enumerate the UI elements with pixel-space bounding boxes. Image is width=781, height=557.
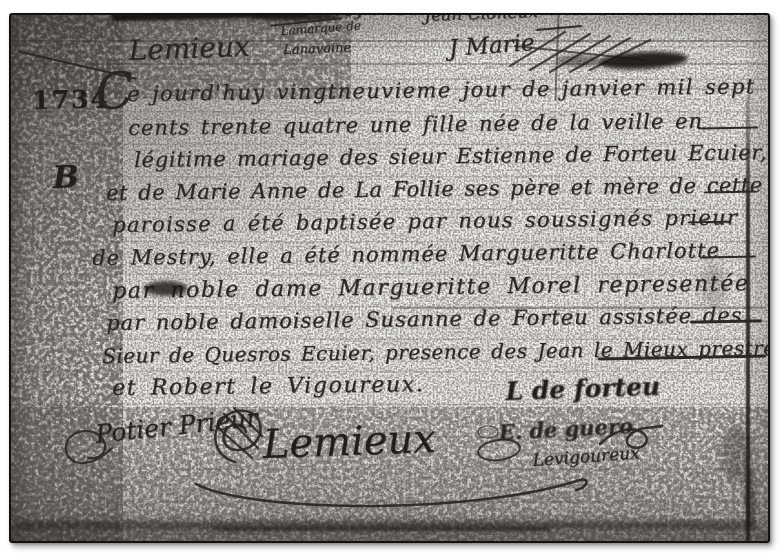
manuscript-scan: 1734 B uerey Lemieux Lamarque de Lanavai… xyxy=(9,13,770,543)
shell-paraph-flourish xyxy=(202,396,268,468)
marque-note-line1: Lamarque de xyxy=(280,18,361,38)
record-line: par noble damoiselle Susanne de Forteu a… xyxy=(106,303,743,335)
marque-note-line2: Lanavaine xyxy=(283,41,351,58)
record-line: par noble dame Margueritte Morel represe… xyxy=(112,271,750,304)
record-line: e jourd'huy vingtneuvieme jour de janvie… xyxy=(127,74,756,106)
signature-underline-swoosh xyxy=(188,468,598,520)
ink-blot-correction xyxy=(144,281,188,296)
signature-vigoureux: Levigoureux xyxy=(532,444,640,471)
scan-shadow-band xyxy=(215,527,550,531)
surname-annotation: Lemieux xyxy=(128,30,250,67)
record-line: paroisse a été baptisée par nous soussig… xyxy=(112,205,738,237)
record-line: de Mestry, elle a été nommée Margueritte… xyxy=(92,238,720,270)
ink-smear xyxy=(556,55,600,66)
signature-lemieux-large: Lemieux xyxy=(262,416,436,468)
record-line: et de Marie Anne de La Follie ses père e… xyxy=(106,173,763,205)
ink-smudge xyxy=(744,468,756,528)
record-line: et Robert le Vigoureux. xyxy=(112,372,424,401)
signature-oval-flourish xyxy=(476,438,524,464)
scan-content: 1734 B uerey Lemieux Lamarque de Lanavai… xyxy=(9,13,770,543)
record-line: Sieur de Quesros Ecuier, presence des Je… xyxy=(102,336,770,368)
record-line: cents trente quatre une fille née de la … xyxy=(128,109,703,140)
signature-forteu: L de forteu xyxy=(505,372,661,406)
scanned-register-page: 1734 B uerey Lemieux Lamarque de Lanavai… xyxy=(0,0,781,557)
line-filler-dash xyxy=(690,319,762,323)
margin-act-letter: B xyxy=(52,159,79,196)
record-line: légitime mariage des sieur Estienne de F… xyxy=(134,140,767,172)
name-annotation-top-right: Jean Cloneux xyxy=(424,13,538,26)
